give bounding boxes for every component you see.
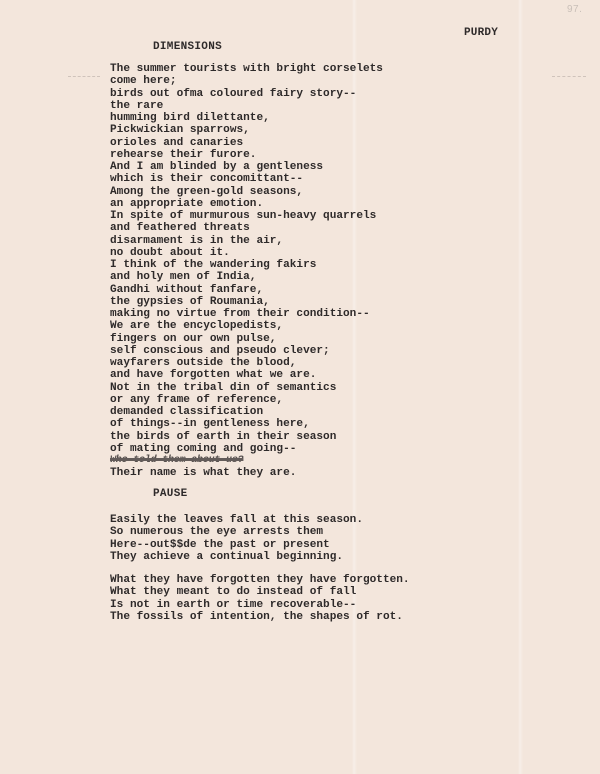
poem-line: disarmament is in the air, <box>110 235 383 247</box>
poem-line: an appropriate emotion. <box>110 198 383 210</box>
poem-line: and feathered threats <box>110 222 383 234</box>
poem-line: and have forgotten what we are. <box>110 369 383 381</box>
poem-line: birds out ofma coloured fairy story-- <box>110 88 383 100</box>
poem-line: Pickwickian sparrows, <box>110 124 383 136</box>
poem-line: Gandhi without fanfare, <box>110 284 383 296</box>
poem-line: Among the green-gold seasons, <box>110 186 383 198</box>
poem-line: We are the encyclopedists, <box>110 320 383 332</box>
poem-line: The fossils of intention, the shapes of … <box>110 611 410 623</box>
page-folio-number: 97. <box>567 4 582 15</box>
poem-line: the gypsies of Roumania, <box>110 296 383 308</box>
poem-line: Here--out$$de the past or present <box>110 539 363 551</box>
poem-line: which is their concomittant-- <box>110 173 383 185</box>
poem-line: or any frame of reference, <box>110 394 383 406</box>
poem-line: Easily the leaves fall at this season. <box>110 514 363 526</box>
poem-line: of things--in gentleness here, <box>110 418 383 430</box>
poem-line: of mating coming and going-- <box>110 443 383 455</box>
poem-line: rehearse their furore. <box>110 149 383 161</box>
poem-pause-stanza-2: What they have forgotten they have forgo… <box>110 574 410 623</box>
poem-line: orioles and canaries <box>110 137 383 149</box>
poem-line: Is not in earth or time recoverable-- <box>110 599 410 611</box>
poem-dimensions-stanza: The summer tourists with bright corselet… <box>110 63 383 480</box>
poem-line: Their name is what they are. <box>110 467 383 479</box>
poem-line: no doubt about it. <box>110 247 383 259</box>
poem-line: In spite of murmurous sun-heavy quarrels <box>110 210 383 222</box>
poem-line: I think of the wandering fakirs <box>110 259 383 271</box>
margin-mark-left <box>68 76 100 78</box>
margin-mark-right <box>552 76 586 78</box>
poem-line: self conscious and pseudo clever; <box>110 345 383 357</box>
poem-line: The summer tourists with bright corselet… <box>110 63 383 75</box>
poem-line: the rare <box>110 100 383 112</box>
poem-line: making no virtue from their condition-- <box>110 308 383 320</box>
poem-line: What they have forgotten they have forgo… <box>110 574 410 586</box>
poem-pause-stanza-1: Easily the leaves fall at this season.So… <box>110 514 363 563</box>
poem-line: They achieve a continual beginning. <box>110 551 363 563</box>
poem-line: wayfarers outside the blood, <box>110 357 383 369</box>
poem-line: and holy men of India, <box>110 271 383 283</box>
poem-line: What they meant to do instead of fall <box>110 586 410 598</box>
poem-line: So numerous the eye arrests them <box>110 526 363 538</box>
poem-line: come here; <box>110 75 383 87</box>
poem-line: demanded classification <box>110 406 383 418</box>
poem-line: Not in the tribal din of semantics <box>110 382 383 394</box>
poem-line: fingers on our own pulse, <box>110 333 383 345</box>
poem-line: And I am blinded by a gentleness <box>110 161 383 173</box>
typescript-page: 97. PURDY DIMENSIONS The summer tourists… <box>0 0 600 774</box>
struck-out-line: Who told them about us? <box>110 455 383 467</box>
author-name: PURDY <box>464 27 498 39</box>
poem-line: the birds of earth in their season <box>110 431 383 443</box>
poem-line: humming bird dilettante, <box>110 112 383 124</box>
poem-title-dimensions: DIMENSIONS <box>153 41 222 53</box>
poem-title-pause: PAUSE <box>153 488 188 500</box>
